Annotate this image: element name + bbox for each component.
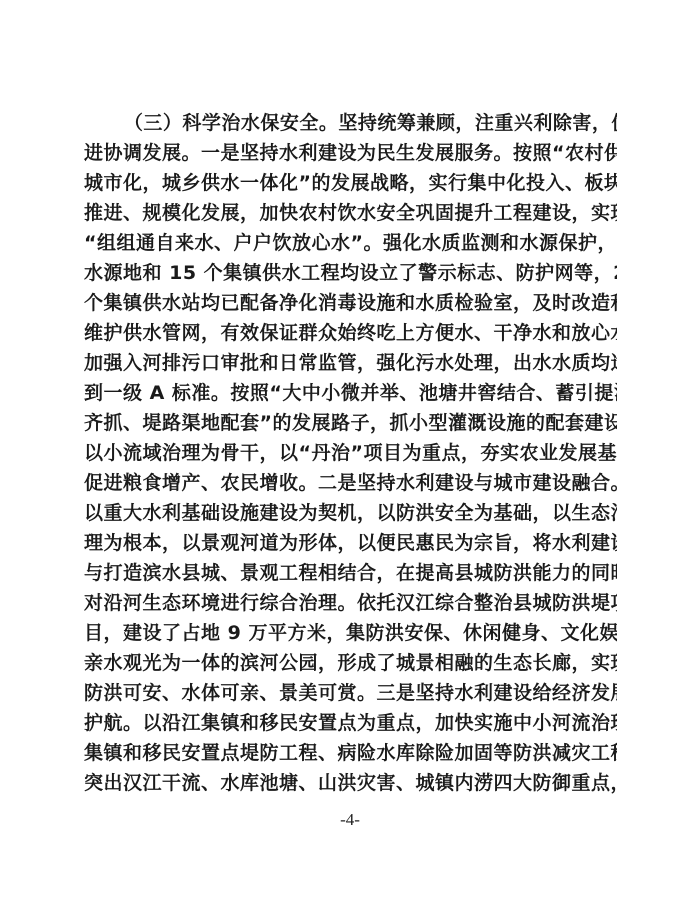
text-line: 城市化，城乡供水一体化”的发展战略，实行集中化投入、板块式	[84, 168, 617, 198]
text-line: 齐抓、堤路渠地配套”的发展路子，抓小型灌溉设施的配套建设，	[84, 408, 617, 438]
text-line: 护航。以沿江集镇和移民安置点为重点，加快实施中小河流治理、	[84, 708, 617, 738]
text-line: 维护供水管网，有效保证群众始终吃上方便水、干净水和放心水。	[84, 318, 617, 348]
text-line: 到一级 A 标准。按照“大中小微并举、池塘井窖结合、蓄引提灌	[84, 378, 617, 408]
text-line: 个集镇供水站均已配备净化消毒设施和水质检验室，及时改造和	[84, 288, 617, 318]
page-number: -4-	[0, 810, 700, 830]
document-page: （三）科学治水保安全。坚持统筹兼顾，注重兴利除害，促 进协调发展。一是坚持水利建…	[0, 0, 700, 900]
text-line: 亲水观光为一体的滨河公园，形成了城景相融的生态长廊，实现	[84, 648, 617, 678]
text-line: 理为根本，以景观河道为形体，以便民惠民为宗旨，将水利建设	[84, 528, 617, 558]
text-line: 突出汉江干流、水库池塘、山洪灾害、城镇内涝四大防御重点，	[84, 768, 617, 798]
text-line: 目，建设了占地 9 万平方米，集防洪安保、休闲健身、文化娱乐、	[84, 618, 617, 648]
text-line: “组组通自来水、户户饮放心水”。强化水质监测和水源保护，县城	[84, 228, 617, 258]
text-line: 进协调发展。一是坚持水利建设为民生发展服务。按照“农村供水	[84, 138, 617, 168]
text-line: 以重大水利基础设施建设为契机，以防洪安全为基础，以生态治	[84, 498, 617, 528]
text-line: 以小流域治理为骨干，以“丹治”项目为重点，夯实农业发展基础，	[84, 438, 617, 468]
text-line: 与打造滨水县城、景观工程相结合，在提高县城防洪能力的同时，	[84, 558, 617, 588]
body-text: （三）科学治水保安全。坚持统筹兼顾，注重兴利除害，促 进协调发展。一是坚持水利建…	[84, 108, 617, 798]
text-line: 水源地和 15 个集镇供水工程均设立了警示标志、防护网等，20	[84, 258, 617, 288]
text-line: 促进粮食增产、农民增收。二是坚持水利建设与城市建设融合。	[84, 468, 617, 498]
text-line: 加强入河排污口审批和日常监管，强化污水处理，出水水质均达	[84, 348, 617, 378]
text-line: 集镇和移民安置点堤防工程、病险水库除险加固等防洪减灾工程。	[84, 738, 617, 768]
text-line: 推进、规模化发展，加快农村饮水安全巩固提升工程建设，实现	[84, 198, 617, 228]
text-line: （三）科学治水保安全。坚持统筹兼顾，注重兴利除害，促	[84, 108, 617, 138]
text-line: 对沿河生态环境进行综合治理。依托汉江综合整治县城防洪堤项	[84, 588, 617, 618]
text-line: 防洪可安、水体可亲、景美可赏。三是坚持水利建设给经济发展	[84, 678, 617, 708]
